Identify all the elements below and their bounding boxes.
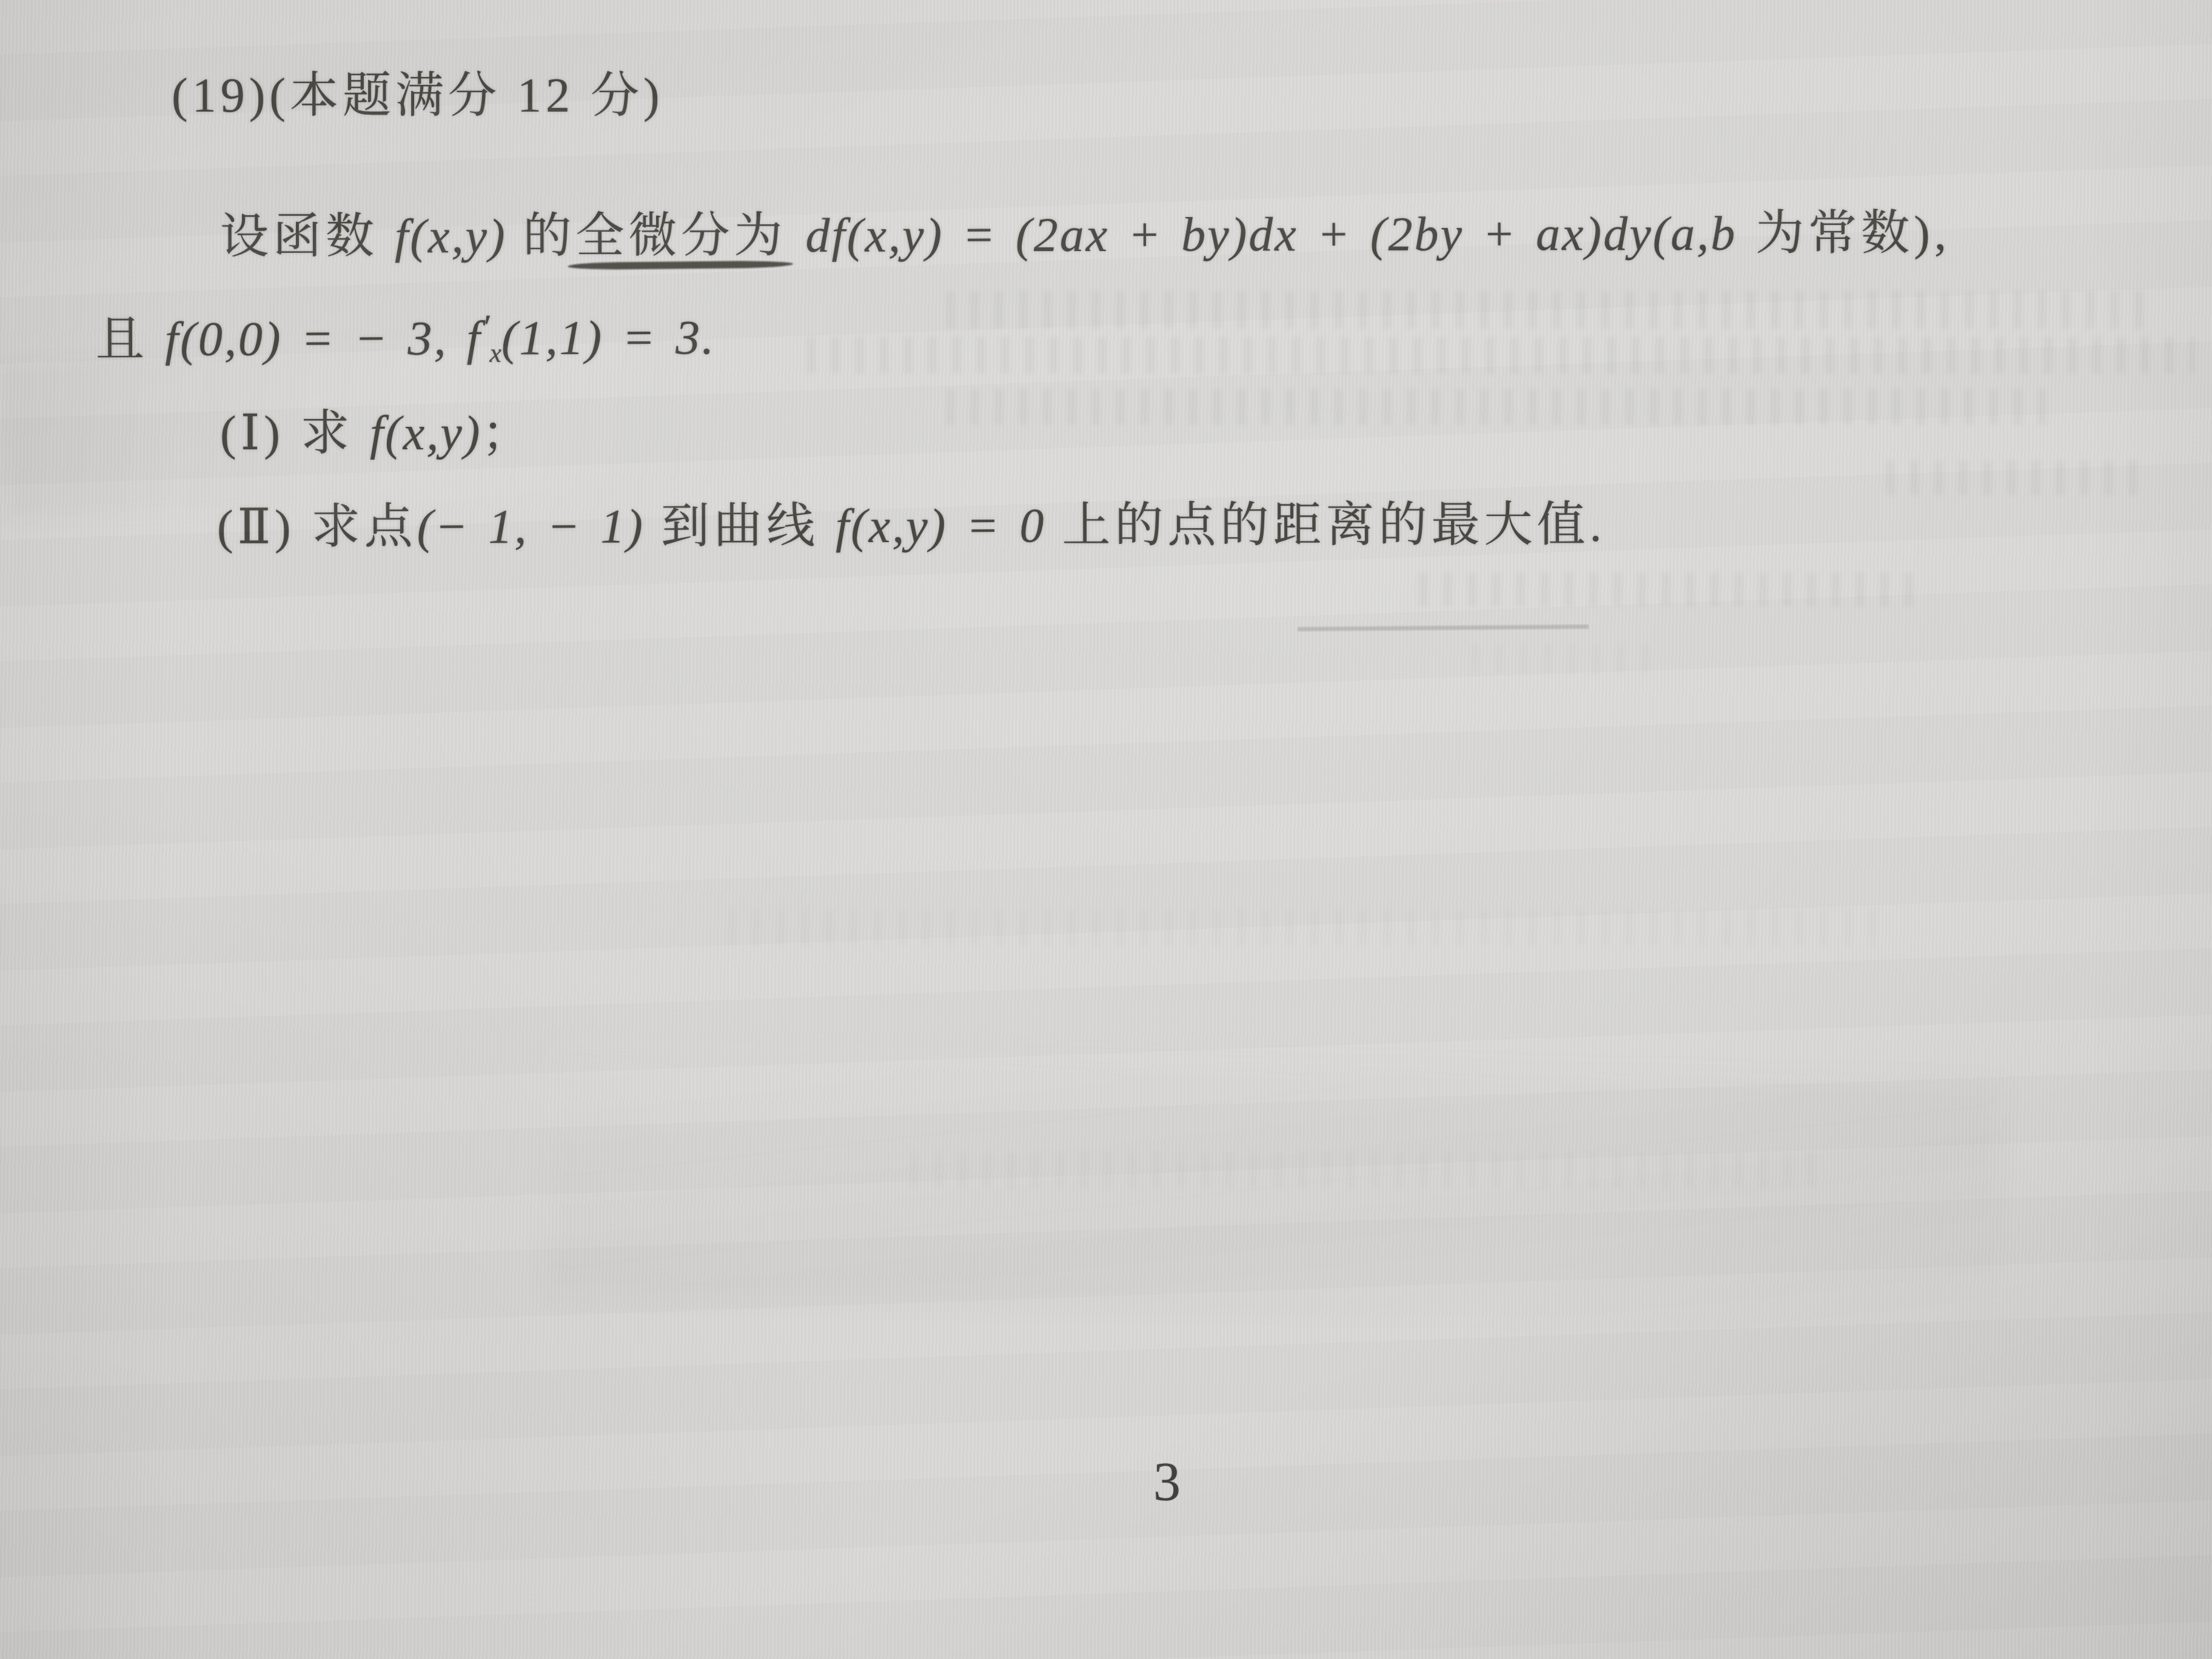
bleedthrough-artifact xyxy=(806,337,2195,374)
statement-text: 的 xyxy=(506,210,575,263)
page-number: 3 xyxy=(1153,1455,1181,1510)
bleedthrough-artifact xyxy=(910,1152,1819,1188)
statement-text: 到曲线 xyxy=(645,500,836,554)
bleedthrough-artifact xyxy=(1298,625,1589,631)
exam-paper-page: (19)(本题满分 12 分) 设函数 f(x,y) 的全微分为 df(x,y)… xyxy=(0,0,2212,1659)
statement-text: 上的点的距离的最大值. xyxy=(1045,498,1606,553)
bleedthrough-artifact xyxy=(1886,461,2147,495)
statement-text: (Ⅱ) 求点 xyxy=(217,500,417,554)
math-expression: f(x,y) xyxy=(395,210,507,263)
bleedthrough-artifact xyxy=(728,910,1880,946)
paper-crease xyxy=(543,1042,2004,1335)
statement-text: 为常数), xyxy=(1755,207,1951,261)
statement-text: ； xyxy=(481,407,534,460)
problem-header: (19)(本题满分 12 分) xyxy=(172,72,664,120)
bleedthrough-artifact xyxy=(1470,644,1652,674)
statement-text: 设函数 xyxy=(220,210,395,264)
math-expression: df(x,y) = (2ax + by)dx + (2by + ax)dy(a,… xyxy=(786,207,1755,263)
problem-part-2: (Ⅱ) 求点(− 1, − 1) 到曲线 f(x,y) = 0 上的点的距离的最… xyxy=(169,452,1606,600)
math-expression: f(0,0) = − 3, f xyxy=(165,312,482,366)
statement-text: (Ⅰ) 求 xyxy=(220,407,370,460)
underlined-term: 全微分为 xyxy=(575,212,786,261)
statement-text: 且 xyxy=(96,313,165,366)
math-expression: f(x,y) = 0 xyxy=(836,500,1046,554)
math-expression: (− 1, − 1) xyxy=(417,500,645,554)
bleedthrough-artifact xyxy=(946,389,2056,424)
math-expression: f(x,y) xyxy=(370,407,482,460)
math-expression: (1,1) = 3. xyxy=(501,311,716,365)
prime-mark: ′ xyxy=(482,308,490,346)
